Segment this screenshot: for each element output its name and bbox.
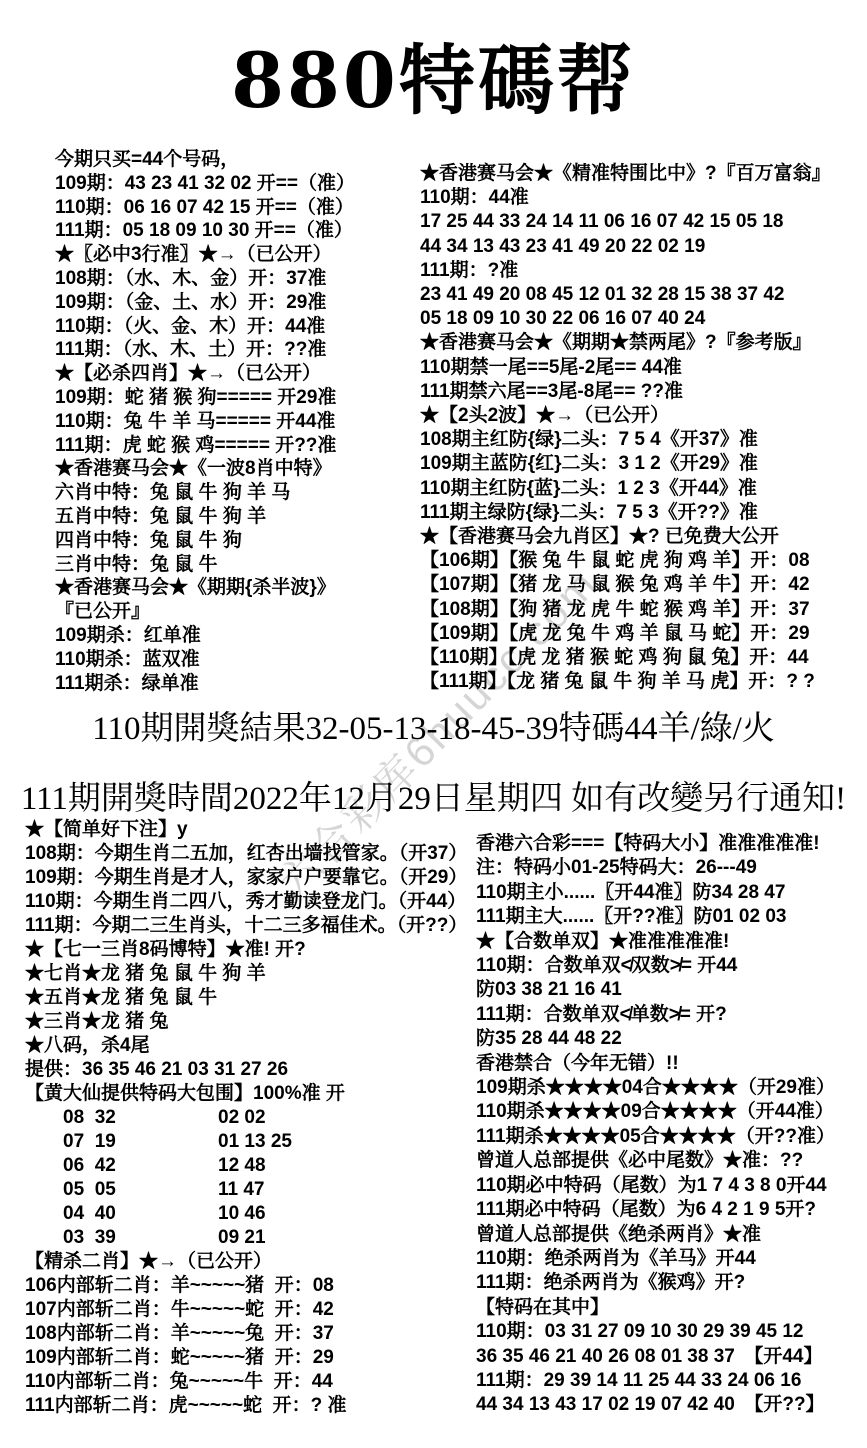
text-line: 109期：蛇 猪 猴 狗===== 开29准 [55,386,425,410]
text-line: 111期：29 39 14 11 25 44 33 24 06 16 [476,1369,867,1393]
text-line: 17 25 44 33 24 14 11 06 16 07 42 15 05 1… [420,210,865,234]
text-line: 110期：（火、金、木）开：44准 [55,315,425,339]
table-cell: 11 47 [218,1178,265,1202]
text-line: 香港六合彩===【特码大小】准准准准准! [476,832,867,856]
table-cell: 07 19 [25,1130,218,1154]
table-cell: 10 46 [218,1202,266,1226]
text-line: 110期：今期生肖二四八，秀才勤读登龙门。（开44） [25,890,475,914]
table-cell: 06 42 [25,1154,218,1178]
text-line: 44 34 13 43 17 02 19 07 42 40 【开??】 [476,1393,867,1417]
text-line: ★七肖★龙 猪 兔 鼠 牛 狗 羊 [25,962,475,986]
table-row: 03 39 09 21 [25,1226,475,1250]
text-line: ★香港赛马会★《期期{杀半波}》 [55,576,425,600]
table-cell: 03 39 [25,1226,218,1250]
text-line: 111期：今期二三生肖头，十二三多福佳术。（开??） [25,914,475,938]
text-line: ★【简单好下注】y [25,818,475,842]
text-line: 防35 28 44 48 22 [476,1027,867,1051]
table-row: 07 19 01 13 25 [25,1130,475,1154]
text-line: 曾道人总部提供《绝杀两肖》★准 [476,1223,867,1247]
text-line: 109内部斩二肖：蛇~~~~~猪 开：29 [25,1346,475,1370]
text-line: ★【2头2波】★→（已公开） [420,404,865,428]
text-line: ★八码，杀4尾 [25,1034,475,1058]
page-title: 880特碼帮 [0,20,867,129]
text-line: 今期只买=44个号码， [55,148,425,172]
text-line: 111期必中特码（尾数）为6 4 2 1 9 5开? [476,1198,867,1222]
draw-result-banner: 110期開獎結果32-05-13-18-45-39特碼44羊/綠/火 [0,702,867,749]
text-line: 111期杀★★★★05合★★★★（开??准） [476,1125,867,1149]
text-line: ★【七一三肖8码博特】★准! 开? [25,938,475,962]
text-line: 【109期】【虎 龙 兔 牛 鸡 羊 鼠 马 蛇】开：29 [420,622,865,646]
text-line: ★三肖★龙 猪 兔 [25,1010,475,1034]
text-line: 『已公开』 [55,600,425,624]
text-line: 108期：今期生肖二五加，红杏出墙找管家。（开37） [25,842,475,866]
text-line: 110期必中特码（尾数）为1 7 4 3 8 0开44 [476,1174,867,1198]
text-line: 110期：合数单双≮双数≯= 开44 [476,954,867,978]
text-line: 【108期】【狗 猪 龙 虎 牛 蛇 猴 鸡 羊】开：37 [420,598,865,622]
text-line: 110内部斩二肖：兔~~~~~牛 开：44 [25,1370,475,1394]
section-bottom-left-tips: ★【简单好下注】y108期：今期生肖二五加，红杏出墙找管家。（开37）109期：… [25,818,475,1418]
table-cell: 08 32 [25,1106,218,1130]
text-line: 三肖中特：兔 鼠 牛 [55,553,425,577]
text-line: 110期主红防{蓝}二头：1 2 3《开44》准 [420,477,865,501]
text-line: 111期：（水、木、土）开：??准 [55,338,425,362]
bottom-left-lower-lines: 【精杀二肖】★→（已公开）106内部斩二肖：羊~~~~~猪 开：08107内部斩… [25,1250,475,1418]
text-line: 110期：绝杀两肖为《羊马》开44 [476,1247,867,1271]
section-top-right-tips: ★香港赛马会★《精准特围比中》?『百万富翁』110期：44准17 25 44 3… [420,162,865,694]
text-line: 108期主红防{绿}二头：7 5 4《开37》准 [420,428,865,452]
bottom-left-upper-lines: ★【简单好下注】y108期：今期生肖二五加，红杏出墙找管家。（开37）109期：… [25,818,475,1106]
text-line: 36 35 46 21 40 26 08 01 38 37 【开44】 [476,1345,867,1369]
text-line: 107内部斩二肖：牛~~~~~蛇 开：42 [25,1298,475,1322]
text-line: 110期主小......〖开44准〗防34 28 47 [476,881,867,905]
text-line: 111期禁六尾==3尾-8尾== ??准 [420,380,865,404]
text-line: 曾道人总部提供《必中尾数》★准：?? [476,1149,867,1173]
text-line: 【106期】【猴 兔 牛 鼠 蛇 虎 狗 鸡 羊】开：08 [420,549,865,573]
text-line: 六肖中特：兔 鼠 牛 狗 羊 马 [55,481,425,505]
text-line: 提供：36 35 46 21 03 31 27 26 [25,1058,475,1082]
text-line: ★香港赛马会★《精准特围比中》?『百万富翁』 [420,162,865,186]
text-line: 44 34 13 43 23 41 49 20 22 02 19 [420,235,865,259]
text-line: 109期：（金、土、水）开：29准 [55,291,425,315]
text-line: 111期：05 18 09 10 30 开==（准） [55,219,425,243]
text-line: 109期主蓝防{红}二头：3 1 2《开29》准 [420,452,865,476]
text-line: ★香港赛马会★《期期★禁两尾》?『参考版』 [420,331,865,355]
table-cell: 01 13 25 [218,1130,292,1154]
table-cell: 04 40 [25,1202,218,1226]
text-line: 111期杀：绿单准 [55,672,425,696]
text-line: 111内部斩二肖：虎~~~~~蛇 开：? 准 [25,1394,475,1418]
table-row: 04 40 10 46 [25,1202,475,1226]
text-line: 111期主大......〖开??准〗防01 02 03 [476,905,867,929]
text-line: 23 41 49 20 08 45 12 01 32 28 15 38 37 4… [420,283,865,307]
text-line: ★香港赛马会★《一波8肖中特》 [55,457,425,481]
text-line: 111期：?准 [420,259,865,283]
next-draw-time-banner: 111期開獎時間2022年12月29日星期四 如有改變另行通知! [0,772,867,819]
text-line: 【特码在其中】 [476,1296,867,1320]
table-row: 06 42 12 48 [25,1154,475,1178]
text-line: ★【合数单双】★准准准准准! [476,930,867,954]
text-line: ★【香港赛马会九肖区】★? 已免费大公开 [420,525,865,549]
text-line: 注：特码小01-25特码大：26---49 [476,856,867,880]
baowei-number-table: 08 32 02 02 07 19 01 13 25 06 42 12 48 0… [25,1106,475,1250]
text-line: 111期：虎 蛇 猴 鸡===== 开??准 [55,434,425,458]
table-row: 05 05 11 47 [25,1178,475,1202]
text-line: 111期主绿防{绿}二头：7 5 3《开??》准 [420,501,865,525]
text-line: 110期杀：蓝双准 [55,648,425,672]
text-line: ★〖必中3行准〗★→（已公开） [55,243,425,267]
section-bottom-right-tips: 香港六合彩===【特码大小】准准准准准!注：特码小01-25特码大：26---4… [476,832,867,1418]
text-line: 四肖中特：兔 鼠 牛 狗 [55,529,425,553]
text-line: 05 18 09 10 30 22 06 16 07 40 24 [420,307,865,331]
text-line: 108期：（水、木、金）开：37准 [55,267,425,291]
table-cell: 12 48 [218,1154,266,1178]
text-line: 110期：44准 [420,186,865,210]
text-line: ★【必杀四肖】★→（已公开） [55,362,425,386]
text-line: 【111期】【龙 猪 兔 鼠 牛 狗 羊 马 虎】开：? ? [420,670,865,694]
text-line: 106内部斩二肖：羊~~~~~猪 开：08 [25,1274,475,1298]
text-line: 110期：06 16 07 42 15 开==（准） [55,196,425,220]
text-line: 防03 38 21 16 41 [476,978,867,1002]
text-line: 111期：合数单双≮单数≯= 开? [476,1003,867,1027]
text-line: 109期杀：红单准 [55,624,425,648]
text-line: 109期：43 23 41 32 02 开==（准） [55,172,425,196]
text-line: 【110期】【虎 龙 猪 猴 蛇 鸡 狗 鼠 兔】开：44 [420,646,865,670]
text-line: 110期：03 31 27 09 10 30 29 39 45 12 [476,1320,867,1344]
text-line: 【黄大仙提供特码大包围】100%准 开 [25,1082,475,1106]
text-line: 110期杀★★★★09合★★★★（开44准） [476,1100,867,1124]
table-row: 08 32 02 02 [25,1106,475,1130]
text-line: 111期：绝杀两肖为《猴鸡》开? [476,1271,867,1295]
text-line: 109期：今期生肖是才人，家家户户要靠它。（开29） [25,866,475,890]
table-cell: 05 05 [25,1178,218,1202]
table-cell: 09 21 [218,1226,266,1250]
text-line: 【精杀二肖】★→（已公开） [25,1250,475,1274]
text-line: 【107期】【猪 龙 马 鼠 猴 兔 鸡 羊 牛】开：42 [420,573,865,597]
text-line: 五肖中特：兔 鼠 牛 狗 羊 [55,505,425,529]
text-line: 108内部斩二肖：羊~~~~~兔 开：37 [25,1322,475,1346]
table-cell: 02 02 [218,1106,266,1130]
text-line: 110期：兔 牛 羊 马===== 开44准 [55,410,425,434]
text-line: 110期禁一尾==5尾-2尾== 44准 [420,356,865,380]
section-top-left-tips: 今期只买=44个号码，109期：43 23 41 32 02 开==（准）110… [55,148,425,695]
text-line: ★五肖★龙 猪 兔 鼠 牛 [25,986,475,1010]
text-line: 109期杀★★★★04合★★★★（开29准） [476,1076,867,1100]
text-line: 香港禁合（今年无错）!! [476,1052,867,1076]
